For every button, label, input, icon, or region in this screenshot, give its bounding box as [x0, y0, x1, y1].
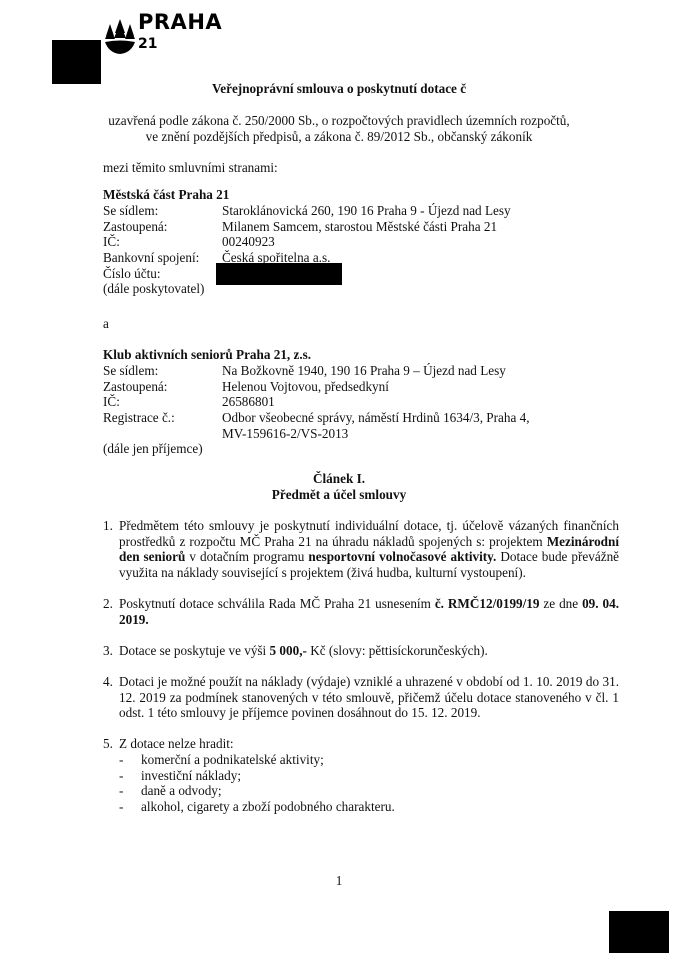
row-label: Číslo účtu:: [103, 266, 161, 282]
party-row: Zastoupená: Milanem Samcem, starostou Mě…: [103, 219, 643, 235]
exclusion-item: -komerční a podnikatelské aktivity;: [119, 752, 619, 768]
party-row: Registrace č.: Odbor všeobecné správy, n…: [103, 410, 643, 426]
party-row: Bankovní spojení: Česká spořitelna a.s.: [103, 250, 643, 266]
clause-number: 3.: [103, 643, 113, 659]
exclusion-item: -investiční náklady;: [119, 768, 619, 784]
subtitle-line-2: ve znění pozdějších předpisů, a zákona č…: [0, 129, 678, 145]
exclusion-text: alkohol, cigarety a zboží podobného char…: [141, 799, 395, 814]
subtitle-line-1: uzavřená podle zákona č. 250/2000 Sb., o…: [0, 113, 678, 129]
praha-21-logo: PRAHA 21: [105, 17, 225, 57]
dash-bullet: -: [119, 752, 123, 768]
row-value: 00240923: [222, 234, 275, 250]
row-label: Zastoupená:: [103, 219, 167, 235]
page-number: 1: [0, 873, 678, 889]
clause-number: 4.: [103, 674, 113, 690]
article-number: Článek I.: [0, 471, 678, 487]
party-name: Klub aktivních seniorů Praha 21, z.s.: [103, 347, 643, 363]
exclusion-text: investiční náklady;: [141, 768, 241, 783]
party-name: Městská část Praha 21: [103, 187, 643, 203]
party-row: MV-159616-2/VS-2013: [103, 426, 643, 442]
logo-word: PRAHA: [138, 15, 222, 31]
row-label: IČ:: [103, 394, 120, 410]
clause-item: 2.Poskytnutí dotace schválila Rada MČ Pr…: [103, 596, 619, 627]
article-title: Předmět a účel smlouvy: [0, 487, 678, 503]
document-title: Veřejnoprávní smlouva o poskytnutí dotac…: [0, 81, 678, 97]
row-label: Zastoupená:: [103, 379, 167, 395]
row-value: MV-159616-2/VS-2013: [222, 426, 348, 442]
clause-text: Předmětem této smlouvy je poskytnutí ind…: [119, 518, 619, 580]
parties-intro: mezi těmito smluvními stranami:: [103, 160, 278, 176]
trees-on-hill-icon: [105, 19, 137, 55]
row-value: Odbor všeobecné správy, náměstí Hrdinů 1…: [222, 410, 530, 426]
redaction-block-bottom-right: [609, 911, 669, 953]
party-row: IČ: 00240923: [103, 234, 643, 250]
row-value: Helenou Vojtovou, předsedkyní: [222, 379, 389, 395]
row-label: IČ:: [103, 234, 120, 250]
role-label: (dále jen příjemce): [103, 441, 203, 457]
exclusion-item: -daně a odvody;: [119, 783, 619, 799]
conjunction: a: [103, 316, 109, 332]
clause-number: 2.: [103, 596, 113, 612]
exclusion-text: komerční a podnikatelské aktivity;: [141, 752, 324, 767]
row-value: 26586801: [222, 394, 275, 410]
party-row: IČ: 26586801: [103, 394, 643, 410]
row-value: Milanem Samcem, starostou Městské části …: [222, 219, 497, 235]
exclusion-item: -alkohol, cigarety a zboží podobného cha…: [119, 799, 619, 815]
party-row: Se sídlem: Na Božkovně 1940, 190 16 Prah…: [103, 363, 643, 379]
clause-number: 1.: [103, 518, 113, 534]
redaction-block-account-number: [216, 263, 342, 285]
row-value: Staroklánovická 260, 190 16 Praha 9 - Új…: [222, 203, 511, 219]
row-label: Se sídlem:: [103, 203, 158, 219]
exclusion-text: daně a odvody;: [141, 783, 222, 798]
clause-item: 5.Z dotace nelze hradit:-komerční a podn…: [103, 736, 619, 814]
row-label: Bankovní spojení:: [103, 250, 199, 266]
party-row: Zastoupená: Helenou Vojtovou, předsedkyn…: [103, 379, 643, 395]
clause-text: Poskytnutí dotace schválila Rada MČ Prah…: [119, 596, 619, 627]
party-role: (dále jen příjemce): [103, 441, 643, 457]
row-label: Registrace č.:: [103, 410, 175, 426]
row-value: Na Božkovně 1940, 190 16 Praha 9 – Újezd…: [222, 363, 506, 379]
clause-text: Dotace se poskytuje ve výši 5 000,- Kč (…: [119, 643, 619, 659]
clause-item: 3.Dotace se poskytuje ve výši 5 000,- Kč…: [103, 643, 619, 659]
dash-bullet: -: [119, 768, 123, 784]
party-row: Číslo účtu:: [103, 266, 643, 282]
clause-list: 1.Předmětem této smlouvy je poskytnutí i…: [103, 518, 619, 830]
logo-number: 21: [138, 37, 157, 53]
dash-bullet: -: [119, 799, 123, 815]
role-label: (dále poskytovatel): [103, 281, 204, 297]
clause-item: 4.Dotaci je možné použít na náklady (výd…: [103, 674, 619, 721]
clause-text: Z dotace nelze hradit:: [119, 736, 619, 752]
dash-bullet: -: [119, 783, 123, 799]
exclusion-list: -komerční a podnikatelské aktivity;-inve…: [119, 752, 619, 814]
clause-number: 5.: [103, 736, 113, 752]
party-provider: Městská část Praha 21 Se sídlem: Starokl…: [103, 187, 643, 297]
clause-text: Dotaci je možné použít na náklady (výdaj…: [119, 674, 619, 721]
clause-item: 1.Předmětem této smlouvy je poskytnutí i…: [103, 518, 619, 580]
party-recipient: Klub aktivních seniorů Praha 21, z.s. Se…: [103, 347, 643, 457]
party-row: Se sídlem: Staroklánovická 260, 190 16 P…: [103, 203, 643, 219]
row-label: Se sídlem:: [103, 363, 158, 379]
redaction-block-top-left: [52, 40, 101, 84]
party-role: (dále poskytovatel): [103, 281, 643, 297]
